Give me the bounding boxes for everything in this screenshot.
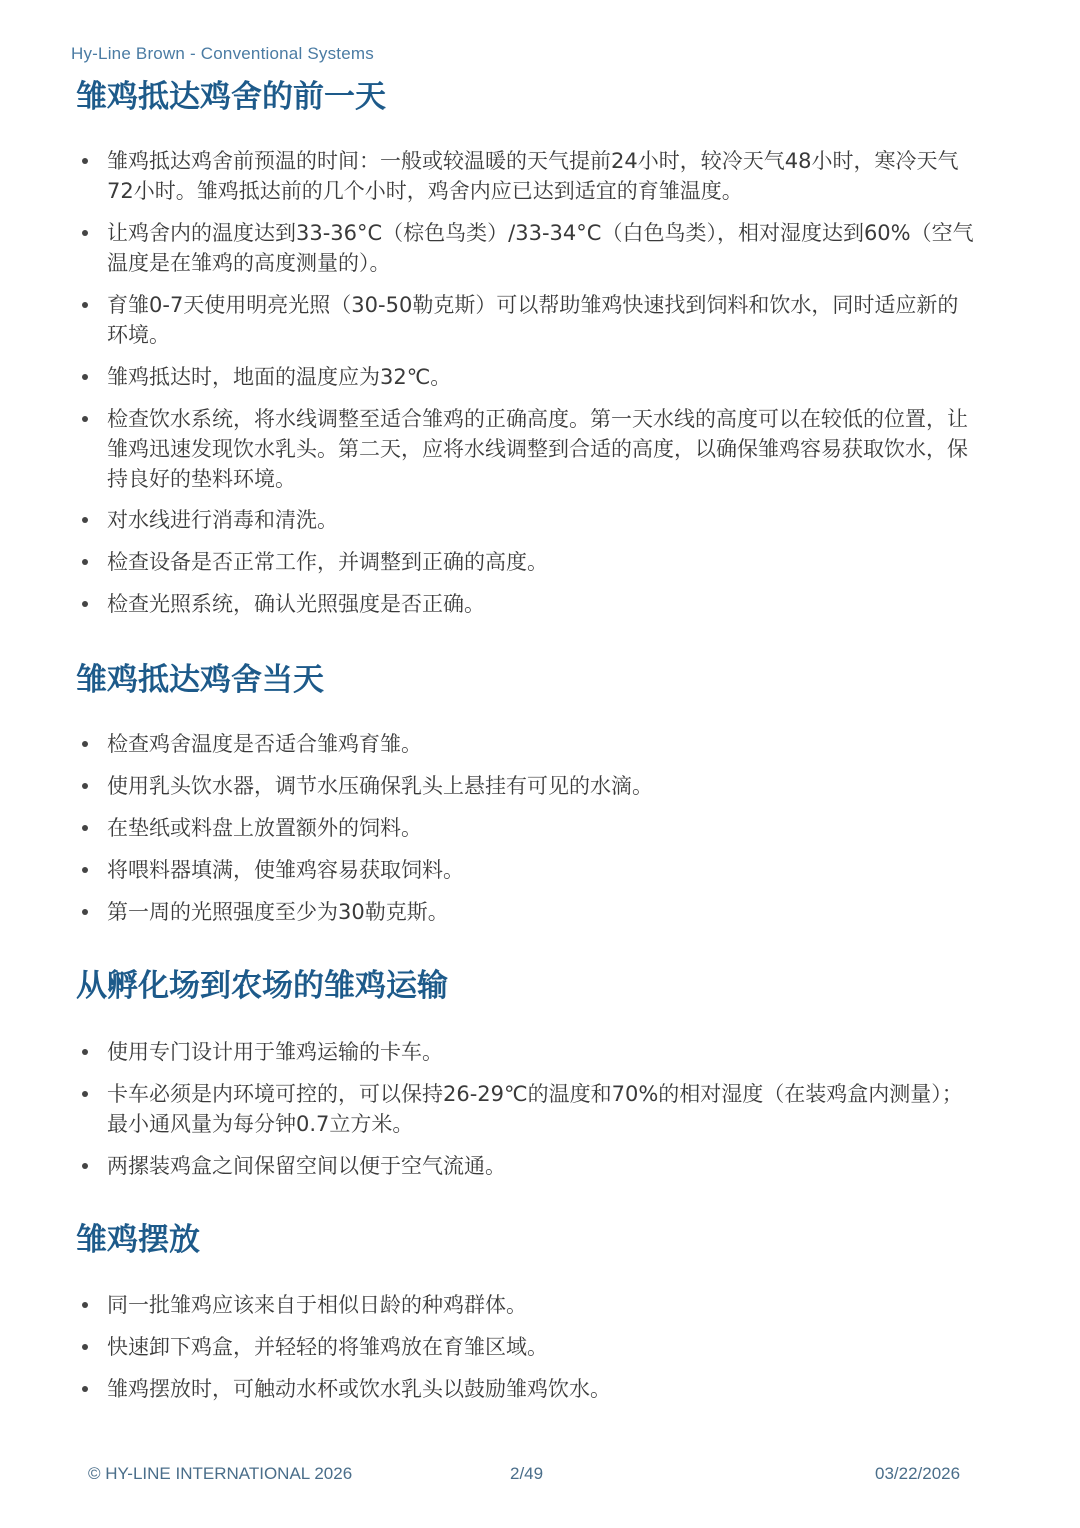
list-item-text: 同一批雏鸡应该来自于相似日龄的种鸡群体。: [107, 1290, 977, 1320]
list-item-text: 对水线进行消毒和清洗。: [107, 505, 977, 535]
section-title: 雏鸡摆放: [76, 1221, 200, 1259]
list-item-text: 雏鸡抵达时，地面的温度应为32℃。: [107, 362, 977, 392]
bullet-icon: [82, 1049, 88, 1055]
list-item-text: 第一周的光照强度至少为30勒克斯。: [107, 897, 977, 927]
list-item-text: 在垫纸或料盘上放置额外的饲料。: [107, 813, 977, 843]
bullet-icon: [82, 416, 88, 422]
section-title: 雏鸡抵达鸡舍的前一天: [76, 78, 386, 116]
footer-date: 03/22/2026: [875, 1464, 960, 1484]
bullet-icon: [82, 1302, 88, 1308]
bullet-icon: [82, 741, 88, 747]
list-item-text: 两摞装鸡盒之间保留空间以便于空气流通。: [107, 1151, 977, 1181]
section-title: 雏鸡抵达鸡舍当天: [76, 661, 324, 699]
list-item-text: 育雏0-7天使用明亮光照（30-50勒克斯）可以帮助雏鸡快速找到饲料和饮水，同时…: [107, 290, 977, 350]
bullet-icon: [82, 1091, 88, 1097]
list-item-text: 检查鸡舍温度是否适合雏鸡育雏。: [107, 729, 977, 759]
bullet-icon: [82, 230, 88, 236]
bullet-icon: [82, 825, 88, 831]
list-item-text: 快速卸下鸡盒，并轻轻的将雏鸡放在育雏区域。: [107, 1332, 977, 1362]
bullet-icon: [82, 783, 88, 789]
bullet-icon: [82, 909, 88, 915]
bullet-icon: [82, 1163, 88, 1169]
footer-copyright: © HY-LINE INTERNATIONAL 2026: [88, 1464, 352, 1484]
list-item-text: 检查饮水系统，将水线调整至适合雏鸡的正确高度。第一天水线的高度可以在较低的位置，…: [107, 404, 977, 494]
bullet-icon: [82, 559, 88, 565]
bullet-icon: [82, 867, 88, 873]
bullet-icon: [82, 302, 88, 308]
bullet-icon: [82, 1386, 88, 1392]
bullet-icon: [82, 1344, 88, 1350]
section-title: 从孵化场到农场的雏鸡运输: [76, 967, 448, 1005]
list-item-text: 检查光照系统，确认光照强度是否正确。: [107, 589, 977, 619]
running-header: Hy-Line Brown - Conventional Systems: [71, 44, 374, 64]
list-item-text: 使用乳头饮水器，调节水压确保乳头上悬挂有可见的水滴。: [107, 771, 977, 801]
bullet-icon: [82, 158, 88, 164]
bullet-icon: [82, 601, 88, 607]
footer-page-number: 2/49: [510, 1464, 543, 1484]
bullet-icon: [82, 374, 88, 380]
list-item-text: 让鸡舍内的温度达到33-36°C（棕色鸟类）/33-34°C（白色鸟类），相对湿…: [107, 218, 977, 278]
list-item-text: 卡车必须是内环境可控的，可以保持26-29℃的温度和70%的相对湿度（在装鸡盒内…: [107, 1079, 977, 1139]
list-item-text: 使用专门设计用于雏鸡运输的卡车。: [107, 1037, 977, 1067]
list-item-text: 检查设备是否正常工作，并调整到正确的高度。: [107, 547, 977, 577]
list-item-text: 雏鸡抵达鸡舍前预温的时间：一般或较温暖的天气提前24小时，较冷天气48小时，寒冷…: [107, 146, 977, 206]
list-item-text: 雏鸡摆放时，可触动水杯或饮水乳头以鼓励雏鸡饮水。: [107, 1374, 977, 1404]
list-item-text: 将喂料器填满，使雏鸡容易获取饲料。: [107, 855, 977, 885]
bullet-icon: [82, 517, 88, 523]
